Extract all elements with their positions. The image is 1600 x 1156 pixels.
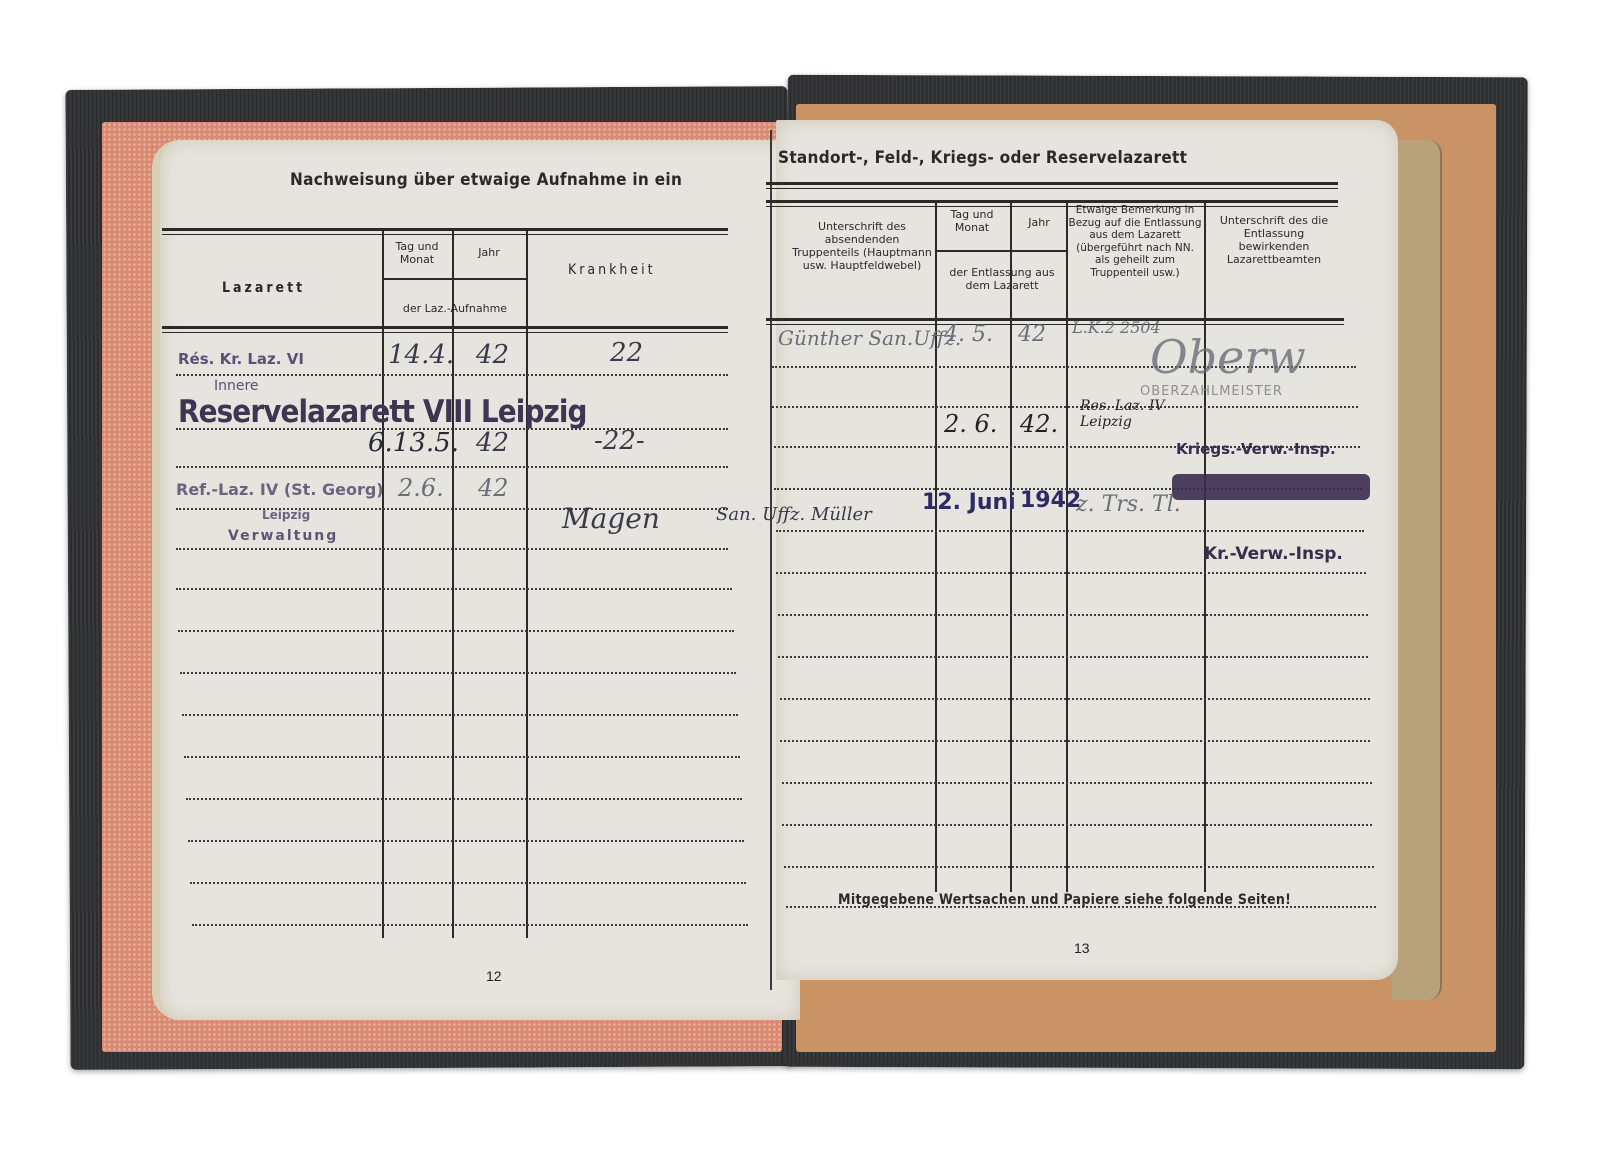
subheader-rule: [384, 278, 526, 280]
col-divider: [526, 228, 528, 938]
discharge-year-2: 42.: [1020, 410, 1058, 438]
col-header-bemerkung: Etwaige Bemerkung in Bezug auf die Entla…: [1068, 204, 1202, 279]
admission-year-1: 42: [476, 340, 509, 370]
row-line: [176, 548, 728, 550]
row-line: [176, 374, 728, 376]
stamp-res-laz-iv-st-georg: Ref.-Laz. IV (St. Georg): [176, 480, 384, 499]
stamp-reservelazarett-viii-leipzig: Reservelazarett VIII Leipzig: [178, 394, 587, 430]
remark-lk2: L.K.2 2504: [1072, 318, 1161, 337]
row-line: [778, 656, 1368, 658]
illness-code-1: 22: [610, 338, 643, 368]
discharge-year-1: 42: [1018, 322, 1046, 347]
admission-date-3: 2.6.: [398, 474, 444, 502]
signature-guenther: Günther San.Uffz.: [778, 326, 961, 350]
admission-year-2: 42: [476, 428, 509, 458]
col-header-krankheit: Krankheit: [568, 262, 656, 278]
row-line: [176, 466, 728, 468]
page-number-12: 12: [486, 968, 502, 984]
row-line: [176, 588, 732, 590]
row-line: [784, 866, 1374, 868]
illness-magen: Magen: [562, 502, 660, 535]
right-header-bottom-rule: [766, 318, 1344, 325]
col-header-tag-monat: Tag und Monat: [384, 240, 450, 266]
col-header-jahr: Jahr: [454, 246, 524, 259]
stamp-innere: Innere: [214, 378, 259, 394]
stamp-year-1942: 1942: [1020, 488, 1081, 513]
row-line: [780, 740, 1370, 742]
stamp-leipzig: Leipzig: [262, 508, 310, 522]
stamp-oberzahlmeister: OBERZAHLMEISTER: [1140, 384, 1283, 399]
col-divider: [1066, 200, 1068, 892]
col-divider: [1010, 200, 1012, 892]
admission-date-2: 6.13.5.: [368, 428, 459, 458]
col-header-lazarett: Lazarett: [222, 280, 305, 296]
right-title-rule: [766, 182, 1338, 189]
row-line: [782, 824, 1372, 826]
row-line: [188, 840, 744, 842]
row-line: [186, 798, 742, 800]
col-header-jahr-r: Jahr: [1012, 216, 1066, 229]
stamp-date-12-juni: 12. Juni: [922, 490, 1016, 515]
col-divider: [382, 228, 384, 938]
stamp-blot: [1172, 474, 1370, 500]
discharge-date-2: 2. 6.: [944, 410, 997, 438]
stamp-kriegs-verw-insp: Kriegs.-Verw.-Insp.: [1176, 440, 1336, 458]
remark-z-trs: z. Trs. Tl.: [1076, 492, 1181, 517]
right-header-top-rule: [766, 200, 1338, 207]
signature-san-uffz-mueller: San. Uffz. Müller: [716, 504, 872, 525]
stamp-res-kr-laz-vi: Rés. Kr. Laz. VI: [178, 350, 304, 368]
row-line: [780, 698, 1370, 700]
col-header-unterschrift-truppe: Unterschrift des absendenden Truppenteil…: [792, 220, 932, 272]
col-divider: [935, 200, 937, 892]
row-line: [192, 924, 748, 926]
row-line: [782, 782, 1372, 784]
row-line: [776, 572, 1366, 574]
left-title-rule: [162, 228, 728, 235]
remark-res-laz-iv: Res. Laz. IV Leipzig: [1080, 398, 1190, 430]
col-header-tag-monat-r: Tag und Monat: [936, 208, 1008, 234]
footer-note: Mitgegebene Wertsachen und Papiere siehe…: [838, 892, 1291, 908]
row-line: [778, 614, 1368, 616]
row-line: [182, 714, 738, 716]
header-bottom-rule: [162, 326, 728, 333]
stamp-kr-verw-insp: Kr.-Verw.-Insp.: [1204, 544, 1343, 564]
subheader-rule: [936, 250, 1066, 252]
discharge-date-1: 4. 5.: [944, 322, 993, 347]
book-gutter: [770, 130, 772, 990]
row-line: [184, 756, 740, 758]
row-line: [180, 672, 736, 674]
row-line: [190, 882, 746, 884]
inserted-paper-edge: [1392, 140, 1442, 1000]
col-divider: [452, 228, 454, 938]
admission-date-1: 14.4.: [388, 340, 454, 370]
row-line: [776, 530, 1364, 532]
illness-code-2: -22-: [594, 426, 645, 456]
admission-year-3: 42: [478, 474, 509, 502]
signature-oberzahlmeister: Oberw: [1150, 330, 1306, 384]
col-header-aufnahme: der Laz.-Aufnahme: [384, 302, 526, 315]
col-header-unterschrift-beamte: Unterschrift des die Entlassung bewirken…: [1208, 214, 1340, 266]
stamp-verwaltung: Verwaltung: [228, 528, 338, 544]
col-header-entlassung: der Entlassung aus dem Lazarett: [938, 266, 1066, 292]
page-number-13: 13: [1074, 940, 1090, 956]
page-12: [152, 140, 800, 1020]
right-page-title: Standort-, Feld-, Kriegs- oder Reservela…: [778, 148, 1187, 168]
row-line: [178, 630, 734, 632]
row-line: [772, 406, 1358, 408]
left-page-title: Nachweisung über etwaige Aufnahme in ein: [290, 170, 682, 190]
